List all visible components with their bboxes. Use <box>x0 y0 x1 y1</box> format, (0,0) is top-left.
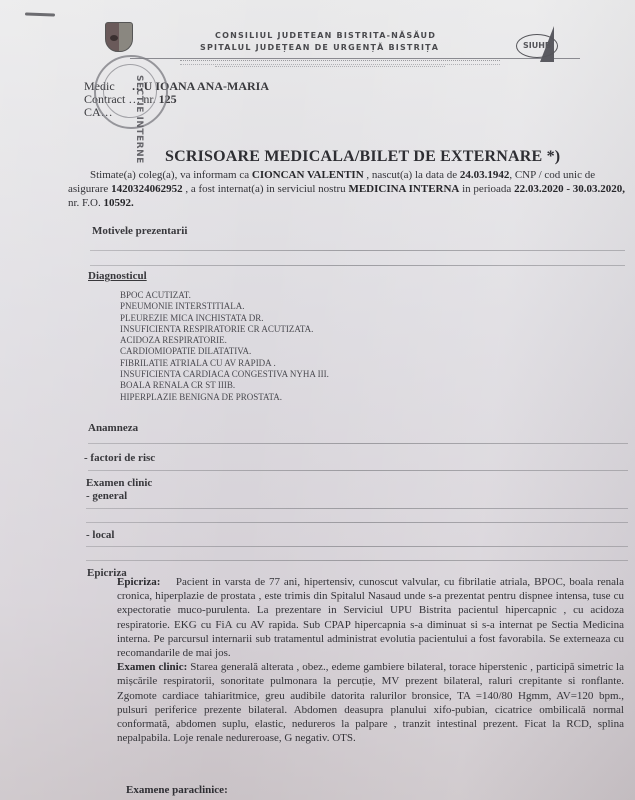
stamp-text: SECTIE INTERNE <box>134 75 144 164</box>
diagnosis-item: INSUFICIENTA CARDIACA CONGESTIVA NYHA II… <box>120 369 329 380</box>
field-line <box>86 508 628 509</box>
clinic-text: Starea generală alterata , obez., edeme … <box>117 661 624 744</box>
clinic-label: Examen clinic: <box>117 661 187 673</box>
admission-period: 22.03.2020 - 30.03.2020, <box>514 183 625 195</box>
county-crest-logo <box>105 22 133 52</box>
diagnosis-item: INSUFICIENTA RESPIRATORIE CR ACUTIZATA. <box>120 324 329 335</box>
document-title: SCRISOARE MEDICALA/BILET DE EXTERNARE *) <box>165 148 560 166</box>
field-line <box>90 265 625 266</box>
field-line <box>90 250 625 251</box>
diagnosis-item: PNEUMONIE INTERSTITIALA. <box>120 301 329 312</box>
header-council: CONSILIUL JUDETEAN BISTRITA-NĂSĂUD <box>215 31 436 40</box>
field-line <box>86 546 628 547</box>
patient-name: CIONCAN VALENTIN <box>252 169 364 181</box>
hospital-logo: SIUHB <box>516 34 558 58</box>
epicriza-body: Epicriza: Pacient in varsta de 77 ani, h… <box>117 575 624 745</box>
diagnosis-list: BPOC ACUTIZAT.PNEUMONIE INTERSTITIALA.PL… <box>120 290 329 403</box>
section-examene-paraclinice: Examene paraclinice: <box>126 784 228 796</box>
epicriza-label: Epicriza: <box>117 576 160 588</box>
section-local: - local <box>86 529 114 541</box>
fo-number: 10592. <box>104 197 134 209</box>
diagnosis-item: CARDIOMIOPATIE DILATATIVA. <box>120 346 329 357</box>
intro-text: Stimate(a) coleg(a), va informam ca <box>90 169 252 181</box>
diagnosis-item: BOALA RENALA CR ST IIIB. <box>120 380 329 391</box>
clinic-paragraph: Examen clinic: Starea generală alterata … <box>117 660 624 745</box>
birth-date: 24.03.1942 <box>460 169 510 181</box>
diagnosis-item: HIPERPLAZIE BENIGNA DE PROSTATA. <box>120 392 329 403</box>
epicriza-text: Pacient in varsta de 77 ani, hipertensiv… <box>117 576 624 659</box>
diagnosis-item: FIBRILATIE ATRIALA CU AV RAPIDA . <box>120 358 329 369</box>
section-general: - general <box>86 490 127 502</box>
intro-text: , nascut(a) la data de <box>364 169 460 181</box>
field-line <box>88 443 628 444</box>
header-hospital: SPITALUL JUDEȚEAN DE URGENȚĂ BISTRIȚA <box>200 43 439 52</box>
section-factori-risc: - factori de risc <box>84 452 155 464</box>
intro-text: , a fost internat(a) in serviciul nostru <box>183 183 349 195</box>
department-stamp: SECTIE INTERNE <box>94 55 168 129</box>
diagnosis-item: BPOC ACUTIZAT. <box>120 290 329 301</box>
field-line <box>86 560 628 561</box>
header-address <box>180 60 500 65</box>
epicriza-paragraph: Epicriza: Pacient in varsta de 77 ani, h… <box>117 575 624 660</box>
intro-paragraph: Stimate(a) coleg(a), va informam ca CION… <box>68 168 628 210</box>
medical-letter-page: CONSILIUL JUDETEAN BISTRITA-NĂSĂUD SPITA… <box>0 0 635 800</box>
section-motivele: Motivele prezentarii <box>92 225 187 237</box>
stamp-ring <box>103 64 157 118</box>
field-line <box>86 522 628 523</box>
field-line <box>88 470 628 471</box>
intro-text: in perioada <box>459 183 514 195</box>
diagnosticul-heading: Diagnosticul <box>88 270 147 282</box>
diagnosis-item: ACIDOZA RESPIRATORIE. <box>120 335 329 346</box>
diagnosis-item: PLEUREZIE MICA INCHISTATA DR. <box>120 313 329 324</box>
intro-text: nr. F.O. <box>68 197 104 209</box>
cnp: 1420324062952 <box>111 183 183 195</box>
paper-mark <box>25 12 55 16</box>
section-anamneza: Anamneza <box>88 422 138 434</box>
section-examen-clinic: Examen clinic <box>86 477 152 489</box>
department: MEDICINA INTERNA <box>348 183 459 195</box>
section-diagnosticul: Diagnosticul <box>88 270 147 282</box>
header-divider <box>130 58 580 59</box>
header-contact <box>215 66 445 67</box>
